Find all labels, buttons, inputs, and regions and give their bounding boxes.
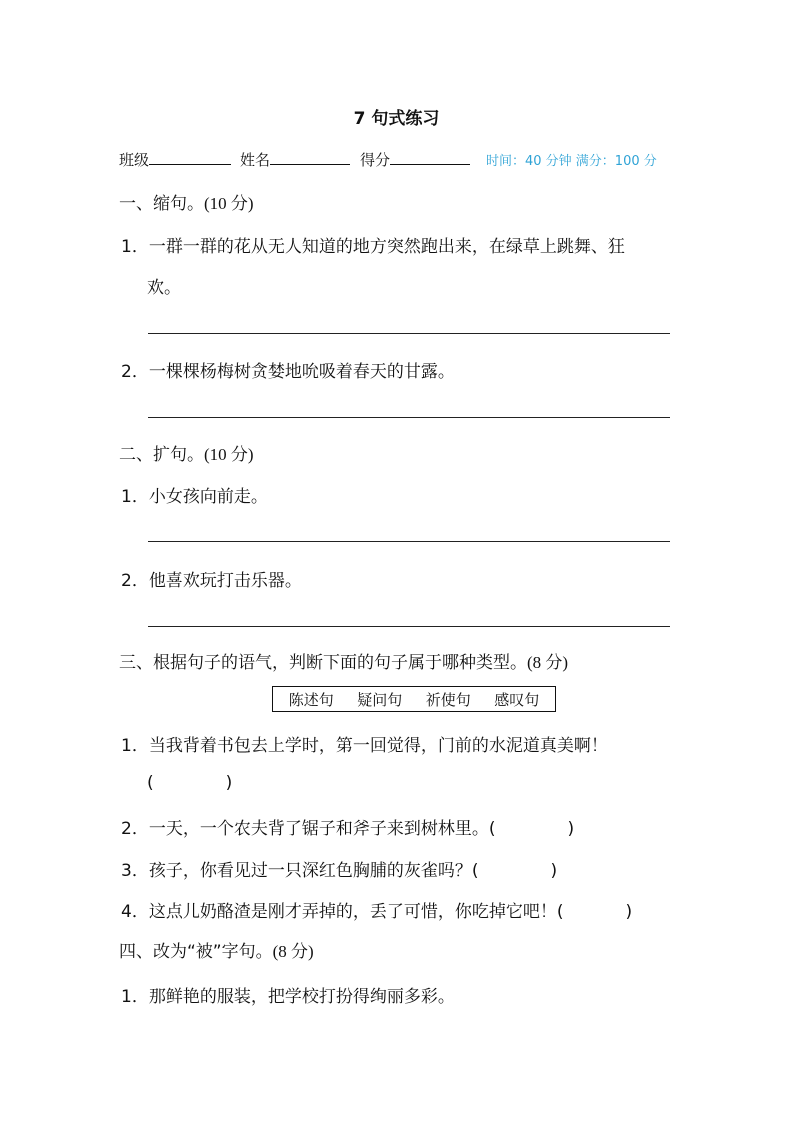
paren-open: ( xyxy=(147,773,154,793)
option-interrogative: 疑问句 xyxy=(357,689,402,710)
question-number: 2． xyxy=(121,362,149,382)
answer-line[interactable] xyxy=(148,626,670,627)
option-declarative: 陈述句 xyxy=(289,689,334,710)
paren-open: ( xyxy=(489,819,496,839)
paren-close: ) xyxy=(550,861,557,881)
page-title: 7 句式练习 xyxy=(0,104,793,129)
question-number: 2． xyxy=(121,571,149,591)
question-text: 一棵棵杨梅树贪婪地吮吸着春天的甘露。 xyxy=(149,362,455,382)
section-points: (8 分) xyxy=(273,942,314,961)
class-label: 班级 xyxy=(119,151,149,169)
question-4-1: 1．那鲜艳的服装，把学校打扮得绚丽多彩。 xyxy=(121,982,455,1007)
question-3-4: 4．这点儿奶酪渣是刚才弄掉的，丢了可惜，你吃掉它吧！() xyxy=(121,897,632,922)
section-points: (10 分) xyxy=(204,445,254,464)
answer-blank[interactable]: () xyxy=(557,902,632,922)
answer-blank[interactable]: () xyxy=(489,819,574,839)
section-2-heading: 二、扩句。(10 分) xyxy=(119,440,254,465)
question-text: 那鲜艳的服装，把学校打扮得绚丽多彩。 xyxy=(149,987,455,1007)
question-number: 4． xyxy=(121,902,149,922)
option-imperative: 祈使句 xyxy=(426,689,471,710)
question-text: 小女孩向前走。 xyxy=(149,487,268,507)
section-heading-text: 一、缩句。 xyxy=(119,194,204,214)
section-points: (8 分) xyxy=(527,653,568,672)
question-text: 一天，一个农夫背了锯子和斧子来到树林里。 xyxy=(149,819,489,839)
question-1-2: 2．一棵棵杨梅树贪婪地吮吸着春天的甘露。 xyxy=(121,357,455,382)
section-heading-text: 三、根据句子的语气，判断下面的句子属于哪种类型。 xyxy=(119,653,527,673)
section-points: (10 分) xyxy=(204,194,254,213)
answer-line[interactable] xyxy=(148,417,670,418)
score-field[interactable]: 得分 xyxy=(360,149,470,170)
section-3-heading: 三、根据句子的语气，判断下面的句子属于哪种类型。(8 分) xyxy=(119,648,568,673)
section-4-heading: 四、改为“被”字句。(8 分) xyxy=(119,937,314,962)
section-1-heading: 一、缩句。(10 分) xyxy=(119,189,254,214)
name-label: 姓名 xyxy=(240,151,270,169)
question-number: 1． xyxy=(121,487,149,507)
section-heading-text: 二、扩句。 xyxy=(119,445,204,465)
paren-close: ) xyxy=(625,902,632,922)
question-2-1: 1．小女孩向前走。 xyxy=(121,482,268,507)
question-3-1: 1．当我背着书包去上学时，第一回觉得，门前的水泥道真美啊！ xyxy=(121,731,608,756)
option-exclamatory: 感叹句 xyxy=(494,689,539,710)
question-number: 3． xyxy=(121,861,149,881)
question-text: 孩子，你看见过一只深红色胸脯的灰雀吗？ xyxy=(149,861,472,881)
paren-close: ) xyxy=(226,773,233,793)
question-3-2: 2．一天，一个农夫背了锯子和斧子来到树林里。() xyxy=(121,814,574,839)
score-label: 得分 xyxy=(360,151,390,169)
question-number: 1． xyxy=(121,987,149,1007)
score-blank[interactable] xyxy=(390,150,470,165)
question-number: 1． xyxy=(121,237,149,257)
question-text: 一群一群的花从无人知道的地方突然跑出来，在绿草上跳舞、狂 xyxy=(149,237,625,257)
question-number: 1． xyxy=(121,736,149,756)
paren-close: ) xyxy=(567,819,574,839)
answer-blank[interactable]: () xyxy=(472,861,557,881)
class-field[interactable]: 班级 xyxy=(119,149,231,170)
answer-line[interactable] xyxy=(148,333,670,334)
question-3-3: 3．孩子，你看见过一只深红色胸脯的灰雀吗？() xyxy=(121,856,557,881)
name-blank[interactable] xyxy=(270,150,350,165)
paren-open: ( xyxy=(557,902,564,922)
question-1-1-continued: 欢。 xyxy=(147,273,181,298)
paren-open: ( xyxy=(472,861,479,881)
name-field[interactable]: 姓名 xyxy=(240,149,350,170)
sentence-type-options-box: 陈述句 疑问句 祈使句 感叹句 xyxy=(272,686,556,712)
question-text: 当我背着书包去上学时，第一回觉得，门前的水泥道真美啊！ xyxy=(149,736,608,756)
question-1-1: 1．一群一群的花从无人知道的地方突然跑出来，在绿草上跳舞、狂 xyxy=(121,232,625,257)
section-heading-text: 四、改为“被”字句。 xyxy=(119,942,273,962)
answer-blank[interactable]: () xyxy=(147,773,232,793)
question-number: 2． xyxy=(121,819,149,839)
question-2-2: 2．他喜欢玩打击乐器。 xyxy=(121,566,302,591)
answer-line[interactable] xyxy=(148,541,670,542)
question-text: 这点儿奶酪渣是刚才弄掉的，丢了可惜，你吃掉它吧！ xyxy=(149,902,557,922)
time-score-info: 时间：40 分钟 满分：100 分 xyxy=(486,150,657,169)
class-blank[interactable] xyxy=(149,150,231,165)
question-text: 他喜欢玩打击乐器。 xyxy=(149,571,302,591)
